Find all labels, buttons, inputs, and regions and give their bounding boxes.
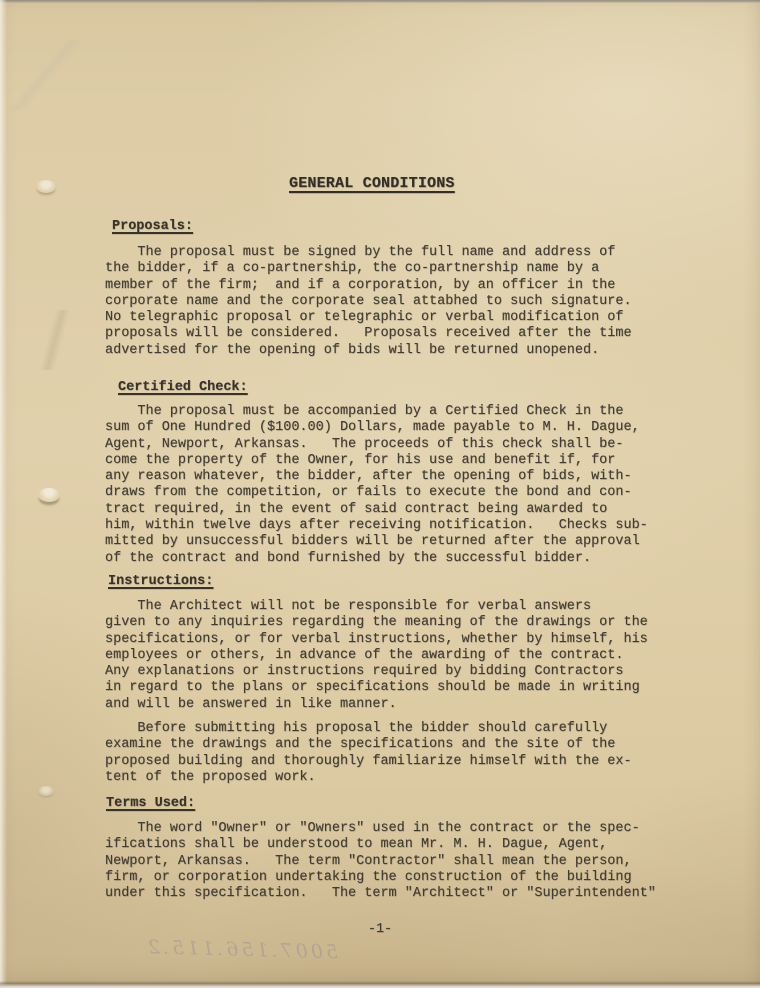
section-heading-proposals: Proposals:: [112, 219, 193, 235]
scan-edge-top: [0, 0, 760, 3]
paragraph-instructions-2: Before submitting his proposal the bidde…: [105, 721, 632, 786]
section-heading-instructions: Instructions:: [108, 574, 213, 590]
page-number: -1-: [368, 922, 392, 938]
paragraph-instructions-1: The Architect will not be responsible fo…: [105, 599, 648, 713]
paper-crease: [0, 40, 90, 110]
paper-blemish: [38, 786, 54, 796]
page-title: GENERAL CONDITIONS: [289, 176, 455, 192]
paragraph-proposals: The proposal must be signed by the full …: [105, 245, 632, 359]
section-heading-terms-used: Terms Used:: [106, 796, 195, 812]
paper-blemish: [36, 180, 56, 193]
paragraph-terms-used: The word "Owner" or "Owners" used in the…: [105, 821, 656, 902]
paper-blemish: [38, 488, 60, 502]
scan-edge-bottom: [0, 981, 760, 988]
scan-edge-left: [0, 0, 7, 988]
paragraph-certified-check: The proposal must be accompanied by a Ce…: [105, 404, 648, 567]
paper-crease: [0, 310, 110, 370]
section-heading-certified-check: Certified Check:: [118, 380, 248, 396]
